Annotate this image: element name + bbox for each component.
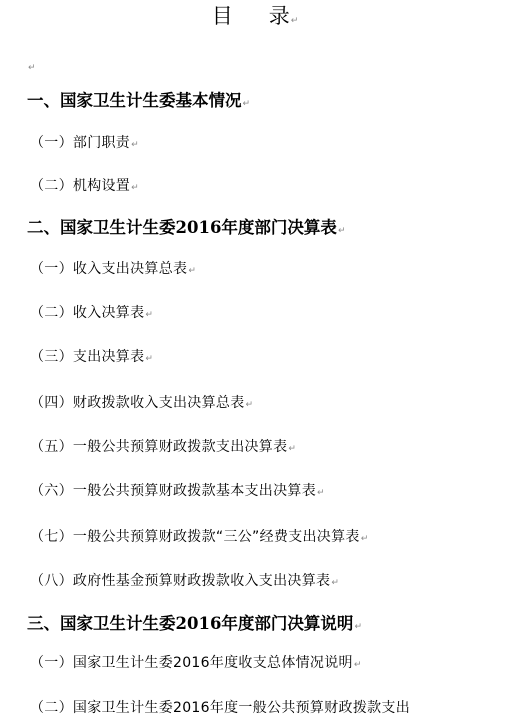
item-number: （五） [30, 437, 73, 457]
paragraph-mark-icon: ↵ [145, 310, 153, 320]
item-label: 机构设置 [73, 178, 130, 194]
item-label: 部门职责 [73, 135, 130, 151]
item-number: （八） [30, 571, 73, 591]
item-label: 国家卫生计生委2016年度一般公共预算财政拨款支出 [73, 700, 410, 716]
title-char-left: 目 [212, 4, 233, 28]
title-char-right: 录 [269, 4, 290, 28]
paragraph-mark-icon: ↵ [188, 266, 196, 276]
toc-item[interactable]: （六）一般公共预算财政拨款基本支出决算表↵ [30, 481, 325, 503]
section-heading-2[interactable]: 二、国家卫生计生委2016年度部门决算表↵ [27, 217, 345, 242]
paragraph-mark-icon: ↵ [354, 660, 362, 670]
item-number: （二） [30, 303, 73, 323]
toc-item[interactable]: （一）国家卫生计生委2016年度收支总体情况说明↵ [30, 653, 362, 675]
toc-item[interactable]: （四）财政拨款收入支出决算总表↵ [30, 393, 253, 415]
toc-item[interactable]: （五）一般公共预算财政拨款支出决算表↵ [30, 437, 296, 459]
paragraph-mark-icon: ↵ [145, 354, 153, 364]
paragraph-mark-icon: ↵ [361, 534, 369, 544]
toc-item[interactable]: （三）支出决算表↵ [30, 347, 153, 369]
item-label: 财政拨款收入支出决算总表 [73, 395, 245, 411]
paragraph-mark-icon: ↵ [354, 622, 362, 632]
item-label: 一般公共预算财政拨款支出决算表 [73, 439, 288, 455]
paragraph-mark-icon: ↵ [28, 63, 36, 73]
empty-paragraph: ↵ [27, 62, 36, 73]
item-number: （二） [30, 698, 73, 718]
item-label: 一般公共预算财政拨款基本支出决算表 [73, 483, 316, 499]
item-label: 一般公共预算财政拨款“三公”经费支出决算表 [73, 529, 360, 545]
item-label: 收入支出决算总表 [73, 261, 187, 277]
item-label: 支出决算表 [73, 349, 145, 365]
item-number: （三） [30, 347, 73, 367]
toc-item[interactable]: （二）国家卫生计生委2016年度一般公共预算财政拨款支出 [30, 698, 410, 718]
item-label: 政府性基金预算财政拨款收入支出决算表 [73, 573, 330, 589]
heading-text: 一、国家卫生计生委基本情况 [27, 91, 242, 110]
toc-title: 目录↵ [0, 3, 510, 34]
paragraph-mark-icon: ↵ [291, 16, 299, 26]
paragraph-mark-icon: ↵ [331, 578, 339, 588]
paragraph-mark-icon: ↵ [317, 488, 325, 498]
heading-text: 三、国家卫生计生委2016年度部门决算说明 [27, 614, 353, 633]
item-number: （一） [30, 133, 73, 153]
paragraph-mark-icon: ↵ [131, 183, 139, 193]
toc-item[interactable]: （二）收入决算表↵ [30, 303, 153, 325]
item-number: （四） [30, 393, 73, 413]
paragraph-mark-icon: ↵ [246, 400, 254, 410]
section-heading-1[interactable]: 一、国家卫生计生委基本情况↵ [27, 90, 250, 115]
item-label: 国家卫生计生委2016年度收支总体情况说明 [73, 655, 353, 671]
item-number: （一） [30, 653, 73, 673]
item-number: （七） [30, 527, 73, 547]
toc-item[interactable]: （八）政府性基金预算财政拨款收入支出决算表↵ [30, 571, 339, 593]
paragraph-mark-icon: ↵ [288, 444, 296, 454]
item-label: 收入决算表 [73, 305, 145, 321]
paragraph-mark-icon: ↵ [338, 226, 346, 236]
toc-item[interactable]: （一）部门职责↵ [30, 133, 139, 155]
toc-item[interactable]: （七）一般公共预算财政拨款“三公”经费支出决算表↵ [30, 527, 369, 549]
item-number: （二） [30, 176, 73, 196]
paragraph-mark-icon: ↵ [131, 140, 139, 150]
paragraph-mark-icon: ↵ [243, 99, 251, 109]
item-number: （六） [30, 481, 73, 501]
item-number: （一） [30, 259, 73, 279]
section-heading-3[interactable]: 三、国家卫生计生委2016年度部门决算说明↵ [27, 613, 362, 638]
toc-item[interactable]: （二）机构设置↵ [30, 176, 139, 198]
toc-item[interactable]: （一）收入支出决算总表↵ [30, 259, 196, 281]
heading-text: 二、国家卫生计生委2016年度部门决算表 [27, 218, 337, 237]
